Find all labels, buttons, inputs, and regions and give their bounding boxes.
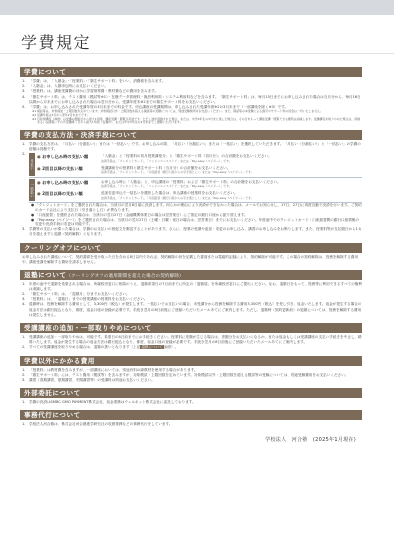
payment-label-text: 2回目以降の支払い額: [42, 166, 83, 171]
section-subtitle: （クーリングオフの適用期間を超えた場合の契約解除）: [66, 274, 183, 279]
section-header-course-change: 受講講座の追加・一部取りやめについて: [20, 323, 362, 333]
item-text: 退塾時は、役務を解除する費用として、3,300円（税込）が発生します。一括払いで…: [29, 302, 362, 318]
payment-row: ● お申し込み時の支払い額 「入塾金」と「授業料の初月授業講座分」と「塾生サポー…: [37, 153, 362, 164]
payment-method-text: 決済手段は、「クレジットカード」、「コンビニエンスストア」または「Pay-eas…: [101, 184, 362, 189]
item-number: 3.: [22, 227, 29, 237]
item-text: 受講講座の追加・一部取りやめは、可能です。希望日の4日前までにお手続きください。…: [29, 335, 362, 345]
payment-tag: 月払い: [29, 153, 35, 175]
item-number: 5.: [22, 105, 29, 110]
page-title: 学費規定: [21, 30, 91, 53]
payment-desc: お申し込み時に「入塾金」と、申込講座の「授業料」および「塾生サポート料」の合計額…: [101, 180, 362, 189]
item-number: 2.: [22, 345, 29, 350]
list-item: 1.学校法人河合塾は、株式会社河合塾進学研究社の収納業務などの事務代行をしていま…: [22, 422, 362, 427]
payment-label-text: お申し込み時の支払い額: [42, 180, 88, 185]
footnote-text: 目的別講座（映像）は受講の開始日から最大1年間、講座受講・閲覧が可能です。ただし…: [37, 118, 362, 125]
item-text: 年度の途中で退塾を希望される場合は、所属校舎窓口に相談のうえ、退塾希望日の7日前…: [29, 282, 362, 292]
section-body-payment: 1.学費の支払方法は、「月払い（分割払い）」または「一括払い」です。お申し込みの…: [20, 140, 362, 240]
section-body-fees: 1.「学費」は、「入塾金」・「授業料」・「塾生サポート料」をいい、消費税を含みま…: [20, 77, 362, 127]
section-body-agency: 1.学校法人河合塾は、株式会社河合塾進学研究社の収納業務などの事務代行をしていま…: [20, 420, 362, 429]
payment-row: ● 2回目以降の支払い額 追加変更申込で一括払いを選択した場合は、申込講座の授業…: [37, 190, 362, 201]
payment-label: ● 2回目以降の支払い額: [37, 191, 101, 200]
title-divider: [0, 53, 394, 54]
payment-method-text: 決済手段は、「クレジットカード」、「口座振替（銀行口座からの引き落とし）」または…: [101, 170, 362, 175]
item-text-before: すべての受講講座を取りやめる場合は、退塾の扱いとなります（上記: [29, 345, 140, 349]
withdrawal-reference-link[interactable]: 退塾について: [140, 345, 164, 349]
bullet-text: 「Pay-easy（ペイジー）」をご選択された場合は、当該月の翌月27日（土曜・…: [35, 218, 362, 228]
bullet-item: ●「クレジットカード」をご選択された場合は、当該月の翌月8日頃に決済します。何ら…: [22, 203, 362, 213]
section-header-payment: 学費の支払方法・決済手段について: [20, 130, 362, 140]
item-number: 1.: [22, 142, 29, 152]
top-bar: [0, 0, 394, 15]
item-number: 1.: [22, 400, 29, 405]
payment-desc: 追加変更申込で一括払いを選択した場合は、申込講座の授業料をお支払いください。決済…: [101, 191, 362, 200]
item-number: 4.: [22, 95, 29, 105]
item-number: 4.: [22, 302, 29, 318]
section-body-withdrawal: 1.年度の途中で退塾を希望される場合は、所属校舎窓口に相談のうえ、退塾希望日の7…: [20, 280, 362, 320]
section-header-other-costs: 学費以外にかかる費用: [20, 356, 362, 366]
item-text: 「塾生サポート料」は、テスト費用（模試等※1）・在籍データ管理料・施設利用料・シ…: [29, 95, 362, 105]
list-item: 2.すべての受講講座を取りやめる場合は、退塾の扱いとなります（上記退塾について参…: [22, 345, 362, 350]
payment-group-lump-sum: 一括払い ● お申し込み時の支払い額 お申し込み時に「入塾金」と、申込講座の「授…: [29, 178, 362, 203]
payment-method-text: 決済手段は、「クレジットカード」、「口座振替（銀行口座からの引き落とし）」または…: [101, 196, 362, 201]
item-text: 講習（春期講習、夏期講習、冬期講習等）の受講料は別途お支払いください。: [29, 378, 362, 383]
item-text: 学費の決済はSMBC GMO PAYMENT株式会社、返金業務はウェルネット株式…: [29, 400, 362, 405]
section-body-other-costs: 1.「授業料」は教材費を含みますが、一部講座においては、別途有料の副教材を使用す…: [20, 366, 362, 386]
payment-label: ● お申し込み時の支払い額: [37, 180, 101, 189]
list-item: 1.学費の決済はSMBC GMO PAYMENT株式会社、返金業務はウェルネット…: [22, 400, 362, 405]
signature: 学校法人 河合塾 (2025年1月現在): [20, 436, 362, 443]
list-item: 2. 月払い ● お申し込み時の支払い額 「入塾金」と「授業料の初月授業講座分」…: [22, 152, 362, 203]
payment-row: ● 2回目以降の支払い額 受講講座分の授業料と塾生サポート料（当月分）の合計額を…: [37, 165, 362, 176]
payment-desc: 「入塾金」と「授業料の初月授業講座分」と「塾生サポート料（初月分）」の合計額をお…: [101, 154, 362, 163]
list-item: 3.講習（春期講習、夏期講習、冬期講習等）の受講料は別途お支払いください。: [22, 378, 362, 383]
payment-desc-text: 「入塾金」と「授業料の初月授業講座分」と「塾生サポート料（初月分）」の合計額をお…: [101, 154, 272, 158]
section-header-outsourcing: 外部委託について: [20, 388, 362, 398]
cooling-off-text: お申し込みされた講座について、契約書面を受け取った日を含める8日以内であれば、契…: [22, 255, 362, 265]
payment-tag: 一括払い: [29, 179, 35, 201]
section-header-withdrawal: 退塾について（クーリングオフの適用期間を超えた場合の契約解除）: [20, 270, 362, 280]
payment-desc-text: 追加変更申込で一括払いを選択した場合は、申込講座の授業料をお支払いください。: [101, 191, 238, 195]
item-text: すべての受講講座を取りやめる場合は、退塾の扱いとなります（上記退塾について参照）…: [29, 345, 362, 350]
section-body-cooling-off: お申し込みされた講座について、契約書面を受け取った日を含める8日以内であれば、契…: [20, 253, 362, 267]
payment-row: ● お申し込み時の支払い額 お申し込み時に「入塾金」と、申込講座の「授業料」およ…: [37, 179, 362, 190]
payment-label: ● お申し込み時の支払い額: [37, 154, 101, 163]
list-item: 4.「塾生サポート料」は、テスト費用（模試等※1）・在籍データ管理料・施設利用料…: [22, 95, 362, 105]
item-number: 1.: [22, 282, 29, 292]
bullet-item: ●「Pay-easy（ペイジー）」をご選択された場合は、当該月の翌月27日（土曜…: [22, 218, 362, 228]
payment-group-monthly: 月払い ● お申し込み時の支払い額 「入塾金」と「授業料の初月授業講座分」と「塾…: [29, 152, 362, 177]
payment-label-text: 2回目以降の支払い額: [42, 191, 83, 196]
list-item: 4.退塾時は、役務を解除する費用として、3,300円（税込）が発生します。一括払…: [22, 302, 362, 318]
item-number: 1.: [22, 422, 29, 427]
payment-method-text: 決済手段は、「クレジットカード」、「コンビニエンスストア」または「Pay-eas…: [101, 159, 362, 164]
footnote: ※3目的別講座（映像）は受講の開始日から最大1年間、講座受講・閲覧が可能です。た…: [22, 118, 362, 125]
section-header-agency: 事務代行について: [20, 410, 362, 420]
section-body-course-change: 1.受講講座の追加・一部取りやめは、可能です。希望日の4日前までにお手続きくださ…: [20, 333, 362, 353]
document-content: 学費について 1.「学費」は、「入塾金」・「授業料」・「塾生サポート料」をいい、…: [20, 64, 362, 443]
payment-label-text: お申し込み時の支払い額: [42, 154, 88, 159]
item-number: 2.: [22, 152, 29, 203]
item-number: 3.: [22, 378, 29, 383]
bullet-text: 「クレジットカード」をご選択された場合は、当該月の翌月8日頃に決済します。何らか…: [35, 203, 362, 213]
payment-label: ● 2回目以降の支払い額: [37, 166, 101, 175]
section-header-fees: 学費について: [20, 67, 362, 77]
item-text: 学費等の支払いが滞った場合は、学費のお支払いの督促文を郵送することがあります。さ…: [29, 227, 362, 237]
payment-table: 月払い ● お申し込み時の支払い額 「入塾金」と「授業料の初月授業講座分」と「塾…: [29, 152, 362, 203]
item-text-after: 参照）。: [164, 345, 178, 349]
list-item: 3.学費等の支払いが滞った場合は、学費のお支払いの督促文を郵送することがあります…: [22, 227, 362, 237]
list-item: 1.学費の支払方法は、「月払い（分割払い）」または「一括払い」です。お申し込みの…: [22, 142, 362, 152]
payment-desc: 受講講座分の授業料と塾生サポート料（当月分）の合計額をお支払いください。決済手段…: [101, 166, 362, 175]
list-item: 1.年度の途中で退塾を希望される場合は、所属校舎窓口に相談のうえ、退塾希望日の7…: [22, 282, 362, 292]
item-text: 学校法人河合塾は、株式会社河合塾進学研究社の収納業務などの事務代行をしています。: [29, 422, 362, 427]
list-item: 1.受講講座の追加・一部取りやめは、可能です。希望日の4日前までにお手続きくださ…: [22, 335, 362, 345]
section-header-cooling-off: クーリングオフについて: [20, 243, 362, 253]
item-text: 学費の支払方法は、「月払い（分割払い）」または「一括払い」です。お申し込みの際、…: [29, 142, 362, 152]
section-title: 退塾について: [24, 271, 66, 279]
section-body-outsourcing: 1.学費の決済はSMBC GMO PAYMENT株式会社、返金業務はウェルネット…: [20, 398, 362, 407]
item-number: 1.: [22, 335, 29, 345]
